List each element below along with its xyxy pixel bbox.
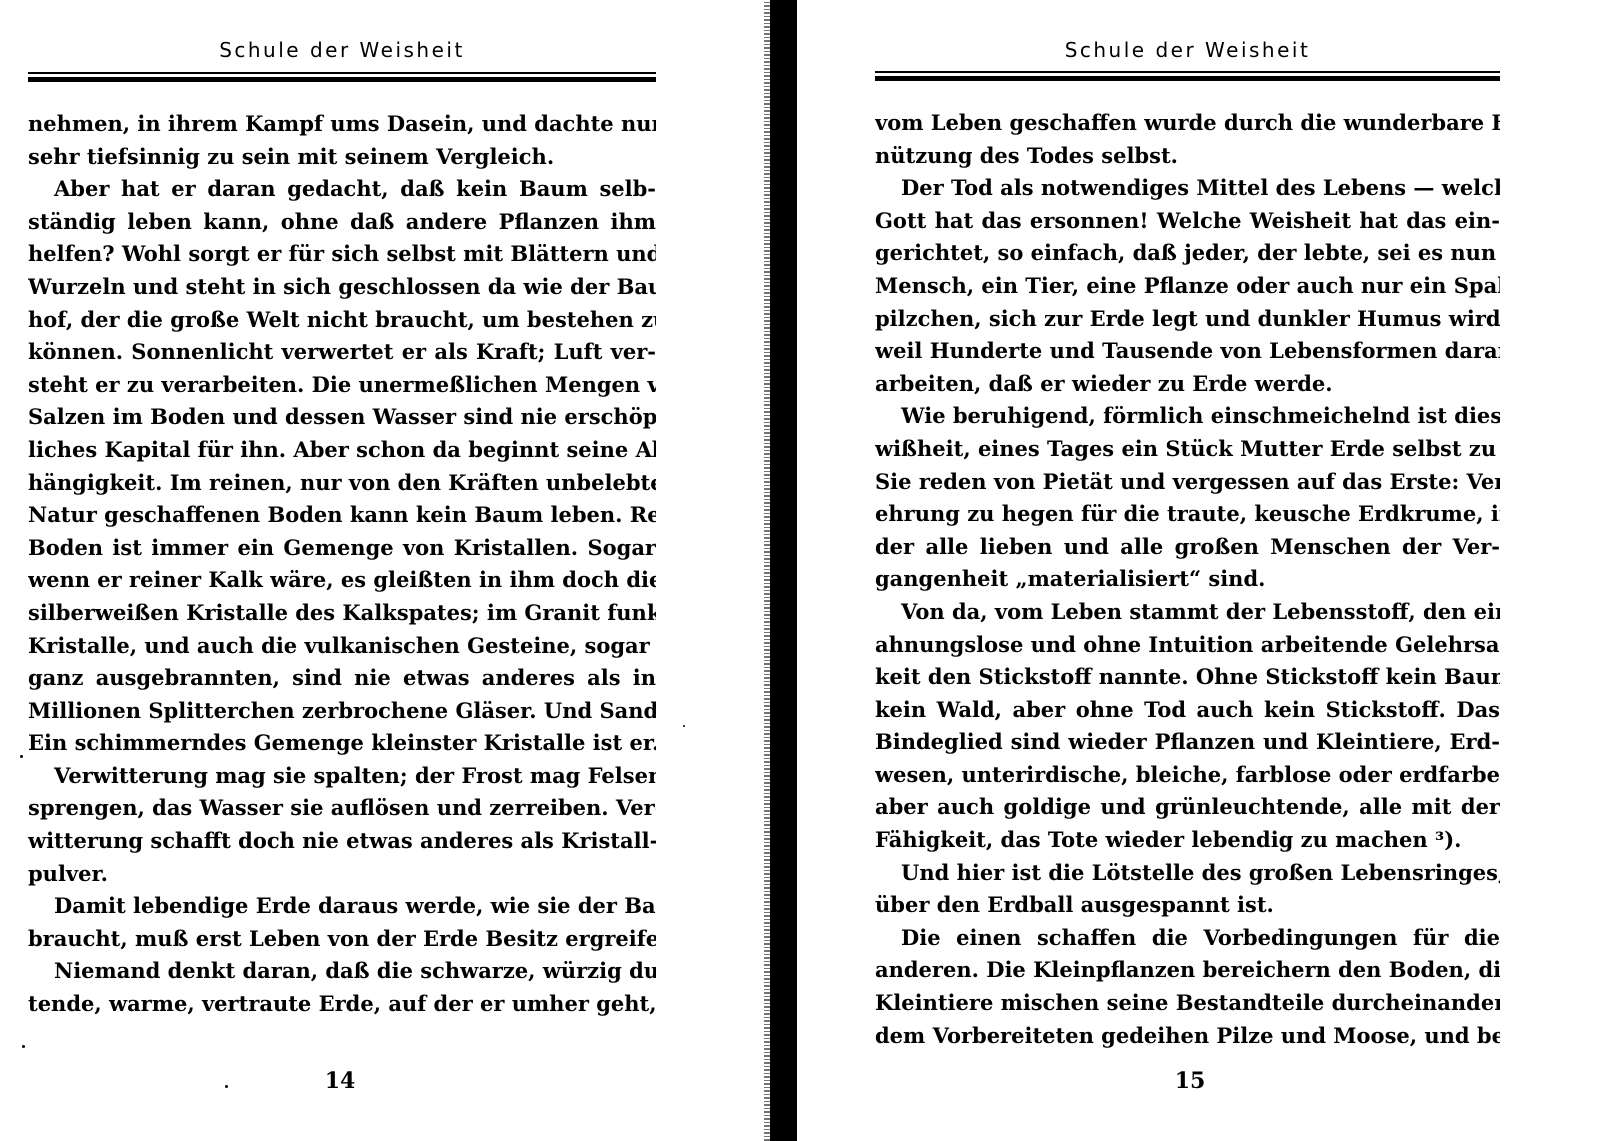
text-line: weil Hunderte und Tausende von Lebensfor… (875, 335, 1500, 368)
text-line: hängigkeit. Im reinen, nur von den Kräft… (28, 467, 656, 500)
text-line: Gott hat das ersonnen! Welche Weisheit h… (875, 205, 1500, 238)
text-line: pulver. (28, 858, 656, 891)
text-line: sehr tiefsinnig zu sein mit seinem Vergl… (28, 141, 656, 174)
text-line: vom Leben geschaffen wurde durch die wun… (875, 107, 1500, 140)
header-rule-thin (875, 71, 1500, 73)
text-line: wißheit, eines Tages ein Stück Mutter Er… (875, 433, 1500, 466)
page-number: 14 (300, 1068, 380, 1094)
text-line: wenn er reiner Kalk wäre, es gleißten in… (28, 564, 656, 597)
paragraph: Wie beruhigend, förmlich einschmeichelnd… (875, 400, 1500, 596)
text-line: der alle lieben und alle großen Menschen… (875, 531, 1500, 564)
text-line: gerichtet, so einfach, daß jeder, der le… (875, 237, 1500, 270)
text-line: witterung schafft doch nie etwas anderes… (28, 825, 656, 858)
paragraph: Damit lebendige Erde daraus werde, wie s… (28, 890, 656, 955)
text-line: dem Vorbereiteten gedeihen Pilze und Moo… (875, 1020, 1500, 1053)
running-head: Schule der Weisheit (28, 38, 656, 62)
scan-speck (683, 725, 685, 727)
text-line: Aber hat er daran gedacht, daß kein Baum… (28, 173, 656, 206)
body-text: vom Leben geschaffen wurde durch die wun… (875, 107, 1500, 1052)
text-line: Mensch, ein Tier, eine Pflanze oder auch… (875, 270, 1500, 303)
text-line: ganz ausgebrannten, sind nie etwas ander… (28, 662, 656, 695)
text-line: Kleintiere mischen seine Bestandteile du… (875, 987, 1500, 1020)
paragraph: Und hier ist die Lötstelle des großen Le… (875, 857, 1500, 922)
text-line: Fähigkeit, das Tote wieder lebendig zu m… (875, 824, 1500, 857)
paragraph: nehmen, in ihrem Kampf ums Dasein, und d… (28, 108, 656, 173)
paragraph: vom Leben geschaffen wurde durch die wun… (875, 107, 1500, 172)
text-line: wesen, unterirdische, bleiche, farblose … (875, 759, 1500, 792)
page-number: 15 (1150, 1068, 1230, 1094)
text-line: helfen? Wohl sorgt er für sich selbst mi… (28, 238, 656, 271)
paragraph: Von da, vom Leben stammt der Lebensstoff… (875, 596, 1500, 857)
text-line: Damit lebendige Erde daraus werde, wie s… (28, 890, 656, 923)
text-line: Wie beruhigend, förmlich einschmeichelnd… (875, 400, 1500, 433)
left-page: Schule der Weisheit nehmen, in ihrem Kam… (0, 0, 770, 1141)
paragraph: Die einen schaffen die Vorbedingungen fü… (875, 922, 1500, 1052)
text-line: ehrung zu hegen für die traute, keusche … (875, 498, 1500, 531)
text-line: Von da, vom Leben stammt der Lebensstoff… (875, 596, 1500, 629)
text-line: pilzchen, sich zur Erde legt und dunkler… (875, 303, 1500, 336)
text-line: liches Kapital für ihn. Aber schon da be… (28, 434, 656, 467)
book-gutter (770, 0, 797, 1141)
scan-speck (22, 1045, 25, 1048)
text-line: Verwitterung mag sie spalten; der Frost … (28, 760, 656, 793)
text-line: arbeiten, daß er wieder zu Erde werde. (875, 368, 1500, 401)
text-line: Boden ist immer ein Gemenge von Kristall… (28, 532, 656, 565)
text-line: keit den Stickstoff nannte. Ohne Stickst… (875, 661, 1500, 694)
text-line: Salzen im Boden und dessen Wasser sind n… (28, 401, 656, 434)
text-line: ahnungslose und ohne Intuition arbeitend… (875, 629, 1500, 662)
text-line: nützung des Todes selbst. (875, 140, 1500, 173)
text-line: sprengen, das Wasser sie auflösen und ze… (28, 792, 656, 825)
text-line: silberweißen Kristalle des Kalkspates; i… (28, 597, 656, 630)
text-line: nehmen, in ihrem Kampf ums Dasein, und d… (28, 108, 656, 141)
header-rule-thick (28, 77, 656, 82)
text-line: Millionen Splitterchen zerbrochene Gläse… (28, 695, 656, 728)
text-line: Ein schimmerndes Gemenge kleinster Krist… (28, 727, 656, 760)
text-line: braucht, muß erst Leben von der Erde Bes… (28, 923, 656, 956)
body-text: nehmen, in ihrem Kampf ums Dasein, und d… (28, 108, 656, 1021)
text-line: Wurzeln und steht in sich geschlossen da… (28, 271, 656, 304)
text-line: Kristalle, und auch die vulkanischen Ges… (28, 630, 656, 663)
text-line: anderen. Die Kleinpflanzen bereichern de… (875, 954, 1500, 987)
paragraph: Der Tod als notwendiges Mittel des Leben… (875, 172, 1500, 400)
scan-speck (225, 1085, 228, 1088)
paragraph: Aber hat er daran gedacht, daß kein Baum… (28, 173, 656, 760)
text-line: hof, der die große Welt nicht braucht, u… (28, 304, 656, 337)
scan-speck (20, 755, 23, 758)
header-rule-thin (28, 72, 656, 74)
text-line: Natur geschaffenen Boden kann kein Baum … (28, 499, 656, 532)
text-line: tende, warme, vertraute Erde, auf der er… (28, 988, 656, 1021)
text-line: können. Sonnenlicht verwertet er als Kra… (28, 336, 656, 369)
text-line: Bindeglied sind wieder Pflanzen und Klei… (875, 726, 1500, 759)
paragraph: Niemand denkt daran, daß die schwarze, w… (28, 955, 656, 1020)
text-line: Und hier ist die Lötstelle des großen Le… (875, 857, 1500, 890)
text-line: gangenheit „materialisiert“ sind. (875, 563, 1500, 596)
text-line: Der Tod als notwendiges Mittel des Leben… (875, 172, 1500, 205)
text-line: Die einen schaffen die Vorbedingungen fü… (875, 922, 1500, 955)
text-line: Sie reden von Pietät und vergessen auf d… (875, 466, 1500, 499)
header-rule (875, 71, 1500, 82)
text-line: steht er zu verarbeiten. Die unermeßlich… (28, 369, 656, 402)
header-rule (28, 72, 656, 83)
right-page: Schule der Weisheit vom Leben geschaffen… (800, 0, 1600, 1141)
text-line: kein Wald, aber ohne Tod auch kein Stick… (875, 694, 1500, 727)
text-line: ständig leben kann, ohne daß andere Pfla… (28, 206, 656, 239)
header-rule-thick (875, 76, 1500, 81)
book-spread: Schule der Weisheit nehmen, in ihrem Kam… (0, 0, 1600, 1141)
running-head: Schule der Weisheit (875, 38, 1500, 62)
text-line: über den Erdball ausgespannt ist. (875, 889, 1500, 922)
paragraph: Verwitterung mag sie spalten; der Frost … (28, 760, 656, 890)
text-line: Niemand denkt daran, daß die schwarze, w… (28, 955, 656, 988)
text-line: aber auch goldige und grünleuchtende, al… (875, 791, 1500, 824)
